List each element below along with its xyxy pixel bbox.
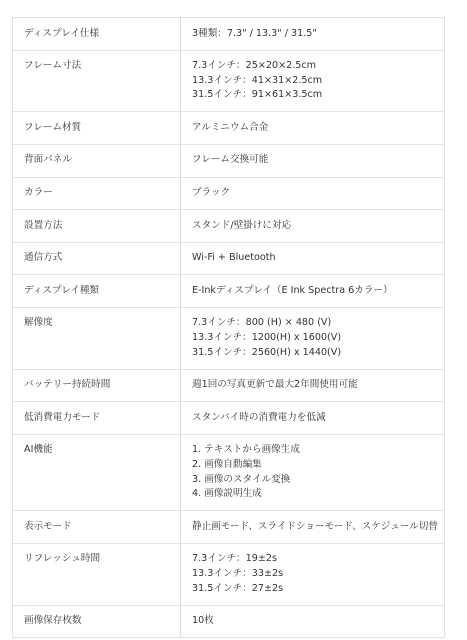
value-text: 7.3インチ：25×20×2.5cm bbox=[192, 59, 438, 74]
row-value: 7.3インチ：800 (H) × 480 (V) 13.3インチ：1200(H)… bbox=[181, 307, 445, 369]
table-row-frame-material: フレーム材質 アルミニウム合金 bbox=[13, 112, 445, 145]
row-label: フレーム寸法 bbox=[13, 50, 181, 112]
label-text: カラー bbox=[24, 186, 176, 201]
value-text: 7.3インチ：19±2s bbox=[192, 552, 438, 567]
row-label: リフレッシュ時間 bbox=[13, 543, 181, 605]
label-text: 解像度 bbox=[24, 316, 176, 331]
table-row-connectivity: 通信方式 Wi-Fi + Bluetooth bbox=[13, 242, 445, 275]
row-label: バッテリー持続時間 bbox=[13, 369, 181, 402]
table-row-installation: 設置方法 スタンド/壁掛けに対応 bbox=[13, 210, 445, 243]
label-text: ディスプレイ仕様 bbox=[24, 27, 176, 42]
row-value: フレーム交換可能 bbox=[181, 144, 445, 177]
value-text: 1. テキストから画像生成 bbox=[192, 443, 438, 458]
row-label: 背面パネル bbox=[13, 144, 181, 177]
value-text: 13.3インチ：33±2s bbox=[192, 567, 438, 582]
row-label: 解像度 bbox=[13, 307, 181, 369]
value-text: フレーム交換可能 bbox=[192, 153, 438, 168]
row-value: 7.3インチ：25×20×2.5cm 13.3インチ：41×31×2.5cm 3… bbox=[181, 50, 445, 112]
row-label: 低消費電力モード bbox=[13, 402, 181, 435]
value-text: 3種類：7.3" / 13.3" / 31.5" bbox=[192, 27, 438, 42]
row-value: スタンバイ時の消費電力を低減 bbox=[181, 402, 445, 435]
row-label: 通信方式 bbox=[13, 242, 181, 275]
label-text: バッテリー持続時間 bbox=[24, 378, 176, 393]
value-text: Wi-Fi + Bluetooth bbox=[192, 251, 438, 266]
row-value: Wi-Fi + Bluetooth bbox=[181, 242, 445, 275]
table-row-image-storage: 画像保存枚数 10枚 bbox=[13, 605, 445, 638]
label-text: 背面パネル bbox=[24, 153, 176, 168]
label-text: 画像保存枚数 bbox=[24, 614, 176, 629]
value-text: 13.3インチ：41×31×2.5cm bbox=[192, 74, 438, 89]
spec-table: ディスプレイ仕様 3種類：7.3" / 13.3" / 31.5" フレーム寸法… bbox=[12, 17, 445, 638]
table-row-display-mode: 表示モード 静止画モード、スライドショーモード、スケジュール切替 bbox=[13, 511, 445, 544]
value-text: スタンド/壁掛けに対応 bbox=[192, 219, 438, 234]
value-text: ブラック bbox=[192, 186, 438, 201]
value-text: 31.5インチ：27±2s bbox=[192, 582, 438, 597]
value-text: 31.5インチ：2560(H) x 1440(V) bbox=[192, 346, 438, 361]
value-text: 10枚 bbox=[192, 614, 438, 629]
value-text: E-Inkディスプレイ（E Ink Spectra 6カラー） bbox=[192, 284, 438, 299]
row-label: フレーム材質 bbox=[13, 112, 181, 145]
row-label: 設置方法 bbox=[13, 210, 181, 243]
row-label: ディスプレイ種類 bbox=[13, 275, 181, 308]
row-value: アルミニウム合金 bbox=[181, 112, 445, 145]
table-row-frame-dimensions: フレーム寸法 7.3インチ：25×20×2.5cm 13.3インチ：41×31×… bbox=[13, 50, 445, 112]
label-text: 設置方法 bbox=[24, 219, 176, 234]
value-text: スタンバイ時の消費電力を低減 bbox=[192, 411, 438, 426]
row-label: AI機能 bbox=[13, 434, 181, 510]
row-value: 週1回の写真更新で最大2年間使用可能 bbox=[181, 369, 445, 402]
label-text: 表示モード bbox=[24, 520, 176, 535]
value-text: 4. 画像説明生成 bbox=[192, 487, 438, 502]
row-label: カラー bbox=[13, 177, 181, 210]
row-value: 7.3インチ：19±2s 13.3インチ：33±2s 31.5インチ：27±2s bbox=[181, 543, 445, 605]
table-row-color: カラー ブラック bbox=[13, 177, 445, 210]
value-text: 7.3インチ：800 (H) × 480 (V) bbox=[192, 316, 438, 331]
row-value: E-Inkディスプレイ（E Ink Spectra 6カラー） bbox=[181, 275, 445, 308]
row-value: 10枚 bbox=[181, 605, 445, 638]
label-text: 低消費電力モード bbox=[24, 411, 176, 426]
table-row-display-type: ディスプレイ種類 E-Inkディスプレイ（E Ink Spectra 6カラー） bbox=[13, 275, 445, 308]
label-text: AI機能 bbox=[24, 443, 176, 458]
row-value: 静止画モード、スライドショーモード、スケジュール切替 bbox=[181, 511, 445, 544]
row-value: スタンド/壁掛けに対応 bbox=[181, 210, 445, 243]
table-row-back-panel: 背面パネル フレーム交換可能 bbox=[13, 144, 445, 177]
value-text: 13.3インチ：1200(H) x 1600(V) bbox=[192, 331, 438, 346]
table-row-resolution: 解像度 7.3インチ：800 (H) × 480 (V) 13.3インチ：120… bbox=[13, 307, 445, 369]
label-text: フレーム寸法 bbox=[24, 59, 176, 74]
table-row-display-spec: ディスプレイ仕様 3種類：7.3" / 13.3" / 31.5" bbox=[13, 18, 445, 51]
label-text: ディスプレイ種類 bbox=[24, 284, 176, 299]
value-text: 週1回の写真更新で最大2年間使用可能 bbox=[192, 378, 438, 393]
table-row-refresh-time: リフレッシュ時間 7.3インチ：19±2s 13.3インチ：33±2s 31.5… bbox=[13, 543, 445, 605]
value-text: 31.5インチ：91×61×3.5cm bbox=[192, 88, 438, 103]
table-row-ai-features: AI機能 1. テキストから画像生成 2. 画像自動編集 3. 画像のスタイル変… bbox=[13, 434, 445, 510]
label-text: リフレッシュ時間 bbox=[24, 552, 176, 567]
row-value: ブラック bbox=[181, 177, 445, 210]
row-label: 画像保存枚数 bbox=[13, 605, 181, 638]
value-text: 2. 画像自動編集 bbox=[192, 458, 438, 473]
row-label: ディスプレイ仕様 bbox=[13, 18, 181, 51]
table-row-low-power-mode: 低消費電力モード スタンバイ時の消費電力を低減 bbox=[13, 402, 445, 435]
value-text: 3. 画像のスタイル変換 bbox=[192, 473, 438, 488]
table-row-battery-life: バッテリー持続時間 週1回の写真更新で最大2年間使用可能 bbox=[13, 369, 445, 402]
row-value: 1. テキストから画像生成 2. 画像自動編集 3. 画像のスタイル変換 4. … bbox=[181, 434, 445, 510]
row-label: 表示モード bbox=[13, 511, 181, 544]
label-text: 通信方式 bbox=[24, 251, 176, 266]
value-text: アルミニウム合金 bbox=[192, 121, 438, 136]
value-text: 静止画モード、スライドショーモード、スケジュール切替 bbox=[192, 520, 438, 535]
row-value: 3種類：7.3" / 13.3" / 31.5" bbox=[181, 18, 445, 51]
label-text: フレーム材質 bbox=[24, 121, 176, 136]
